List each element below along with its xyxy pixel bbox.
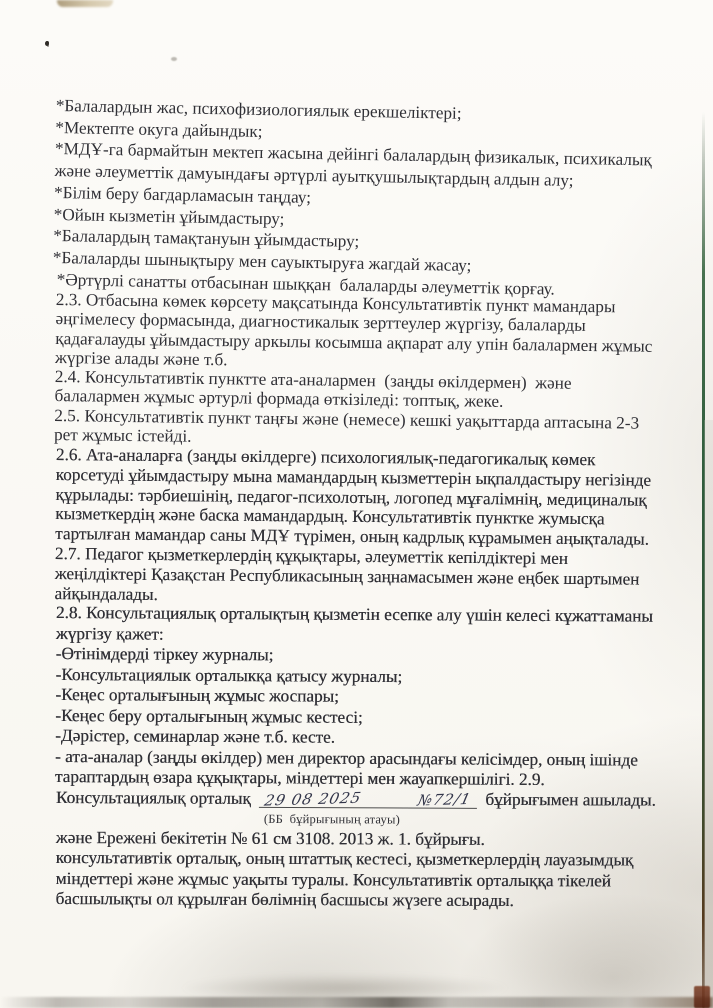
text-line: басшылықты ол құрылған бөлімнің басшысы … (55, 889, 677, 912)
sections-2-6-to-2-7: 2.6. Ата-аналарға (заңды өкілдерге) псих… (54, 445, 677, 609)
signature-blank: 29 08 2025 №72/1 (259, 791, 477, 808)
order-line-prefix: Консультациялық орталық (56, 788, 251, 808)
scanned-document-page: *Балалардын жас, психофизиологиялык ерек… (0, 0, 713, 1008)
bottom-scan-band (0, 997, 713, 1008)
text-line: міндеттері және жұмыс уақыты туралы. Кон… (56, 868, 678, 891)
bottom-right-stain (694, 986, 710, 1008)
document-text: *Балалардын жас, психофизиологиялык ерек… (56, 95, 678, 909)
sections-2-3-to-2-5: 2.3. Отбасына көмек көрсету мақсатында К… (54, 290, 678, 453)
bottom-shadow (180, 974, 510, 1002)
blank-caption: (ББ бұйрығының атауы) (264, 809, 678, 830)
dust-speck (171, 57, 177, 61)
section-2-8: 2.8. Консультациялық орталықтың қызметін… (55, 603, 678, 791)
handwritten-number: №72/1 (416, 791, 473, 808)
text-line: консультативтік орталық, оның штаттық ке… (56, 848, 678, 871)
scan-edge-line (702, 112, 705, 1008)
text-line: және Ережені бекітетін № 61 см 3108. 201… (56, 827, 678, 850)
top-edge-smudge (57, 0, 113, 7)
bullet-list: *Балалардын жас, психофизиологиялык ерек… (52, 95, 678, 302)
order-and-closing: Консультациялық орталық 29 08 2025 №72/1… (55, 788, 678, 912)
order-line: Консультациялық орталық 29 08 2025 №72/1… (56, 788, 678, 811)
ink-dot (45, 41, 49, 46)
handwritten-date: 29 08 2025 (263, 790, 363, 808)
right-edge-shadow (704, 420, 713, 1008)
order-line-suffix: бұйрығымен ашылады. (485, 789, 656, 809)
